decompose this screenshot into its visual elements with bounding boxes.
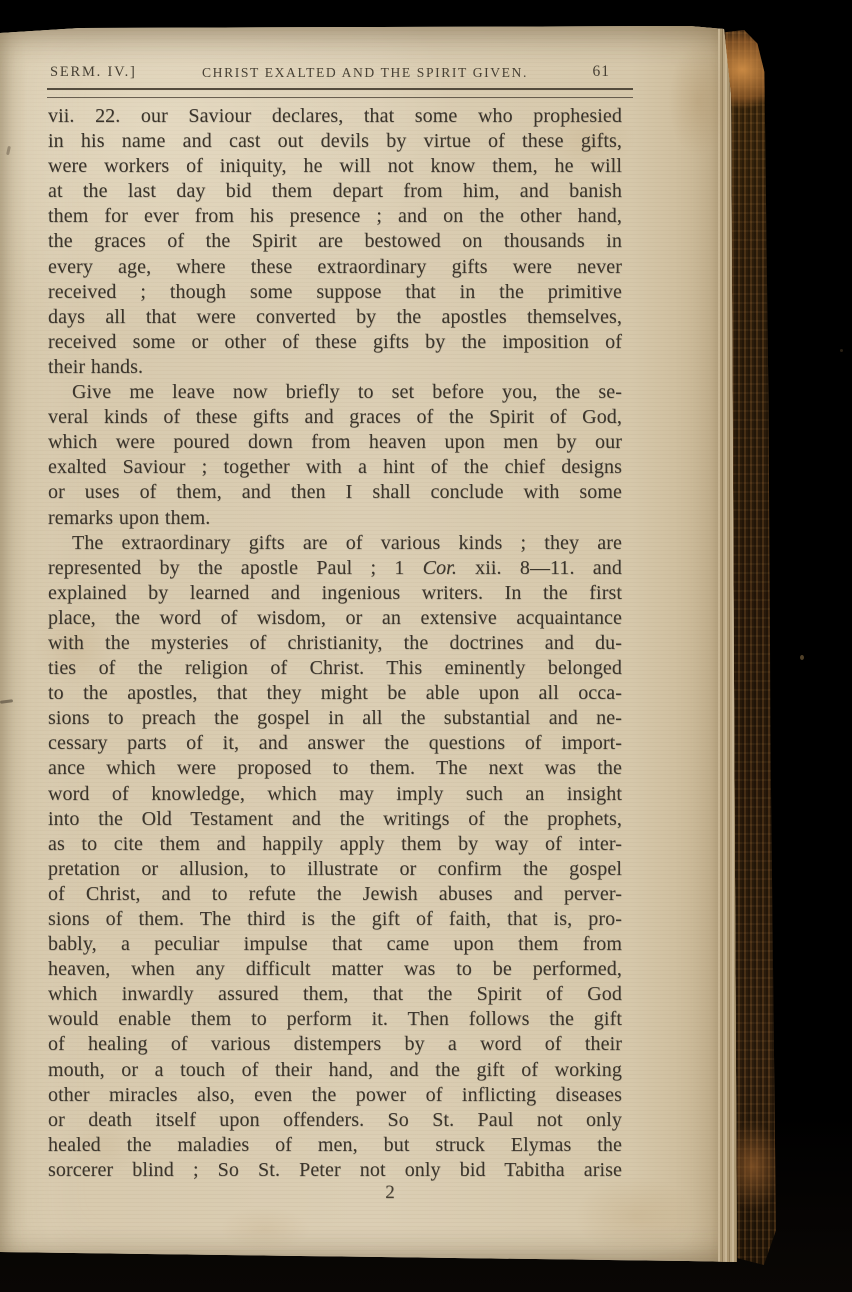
dust-speck [800, 655, 804, 660]
page-header: SERM. IV.] CHRIST EXALTED AND THE SPIRIT… [48, 63, 624, 85]
text-line: ance which were proposed to them. The ne… [48, 756, 622, 781]
text-line: remarks upon them. [48, 506, 622, 531]
text-line: as to cite them and happily apply them b… [48, 832, 622, 857]
page-body: vii. 22. our Saviour declares, that some… [48, 104, 622, 1183]
text-line: pretation or allusion, to illustrate or … [48, 857, 622, 882]
text-line: of healing of various distempers by a wo… [48, 1032, 622, 1057]
text-line: veral kinds of these gifts and graces of… [48, 405, 622, 430]
text-line: to the apostles, that they might be able… [48, 681, 622, 706]
text-line: received some or other of these gifts by… [48, 330, 622, 355]
paper-stain [220, 1206, 310, 1252]
text-line: ties of the religion of Christ. This emi… [48, 656, 622, 681]
text-line: which were poured down from heaven upon … [48, 430, 622, 455]
text-line: days all that were converted by the apos… [48, 305, 622, 330]
text-line: healed the maladies of men, but struck E… [48, 1133, 622, 1158]
text-line: vii. 22. our Saviour declares, that some… [48, 104, 622, 129]
header-rule [47, 88, 633, 98]
text-line: place, the word of wisdom, or an extensi… [48, 606, 622, 631]
text-line: received ; though some suppose that in t… [48, 280, 622, 305]
text-line: word of knowledge, which may imply such … [48, 782, 622, 807]
text-line: their hands. [48, 355, 622, 380]
text-line: represented by the apostle Paul ; 1 Cor.… [48, 556, 622, 581]
text-line: cessary parts of it, and answer the ques… [48, 731, 622, 756]
book-photo: SERM. IV.] CHRIST EXALTED AND THE SPIRIT… [0, 0, 852, 1292]
margin-mark-dash [0, 699, 13, 704]
text-line: in his name and cast out devils by virtu… [48, 129, 622, 154]
text-line: The extraordinary gifts are of various k… [48, 531, 622, 556]
text-line: the graces of the Spirit are bestowed on… [48, 229, 622, 254]
text-line: which inwardly assured them, that the Sp… [48, 982, 622, 1007]
text-line: into the Old Testament and the writings … [48, 807, 622, 832]
text-line: were workers of iniquity, he will not kn… [48, 154, 622, 179]
text-line: exalted Saviour ; together with a hint o… [48, 455, 622, 480]
text-line: bably, a peculiar impulse that came upon… [48, 932, 622, 957]
text-line: with the mysteries of christianity, the … [48, 631, 622, 656]
text-line: would enable them to perform it. Then fo… [48, 1007, 622, 1032]
text-line: of Christ, and to refute the Jewish abus… [48, 882, 622, 907]
margin-mark-tick [6, 146, 10, 155]
text-line: other miracles also, even the power of i… [48, 1083, 622, 1108]
text-line: them for ever from his presence ; and on… [48, 204, 622, 229]
running-title: CHRIST EXALTED AND THE SPIRIT GIVEN. [160, 65, 570, 81]
text-line: heaven, when any difficult matter was to… [48, 957, 622, 982]
text-line: at the last day bid them depart from him… [48, 179, 622, 204]
text-line: explained by learned and ingenious write… [48, 581, 622, 606]
text-line: or uses of them, and then I shall conclu… [48, 480, 622, 505]
text-line: sions to preach the gospel in all the su… [48, 706, 622, 731]
running-title-left: SERM. IV.] [50, 64, 137, 81]
book-page: SERM. IV.] CHRIST EXALTED AND THE SPIRIT… [0, 26, 740, 1266]
text-line: Give me leave now briefly to set before … [48, 380, 622, 405]
text-line: sions of them. The third is the gift of … [48, 907, 622, 932]
dust-speck [840, 349, 843, 352]
signature-mark: 2 [48, 1182, 624, 1204]
text-line: every age, where these extraordinary gif… [48, 255, 622, 280]
page-number: 61 [593, 63, 611, 81]
text-line: mouth, or a touch of their hand, and the… [48, 1058, 622, 1083]
text-line: or death itself upon offenders. So St. P… [48, 1108, 622, 1133]
text-line: sorcerer blind ; So St. Peter not only b… [48, 1158, 622, 1183]
